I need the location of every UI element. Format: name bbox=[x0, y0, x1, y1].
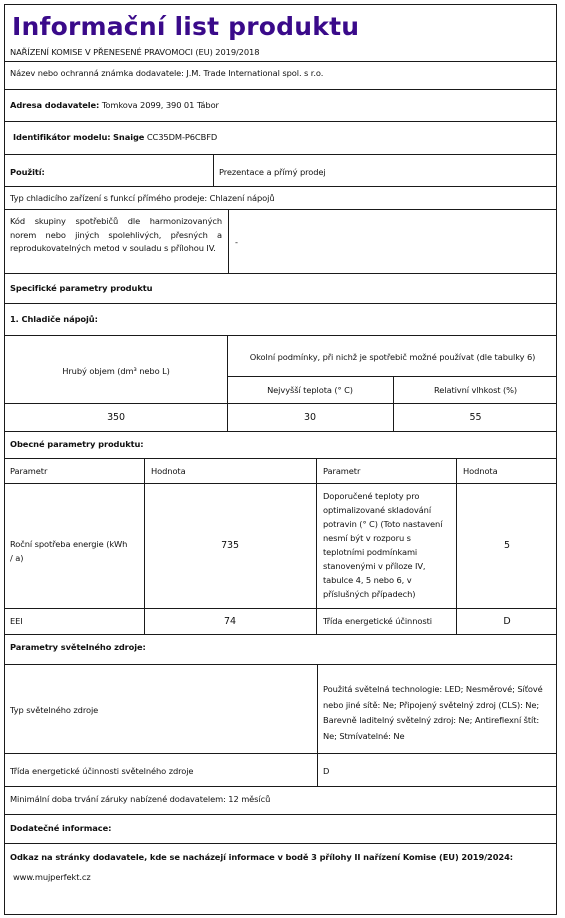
supplier-name: Název nebo ochranná známka dodavatele: J… bbox=[10, 68, 323, 79]
humidity-value: 55 bbox=[393, 412, 558, 423]
max-temperature-value: 30 bbox=[227, 412, 393, 423]
page-title: Informační list produktu bbox=[12, 12, 359, 42]
regulation-subtitle: NAŘÍZENÍ KOMISE V PŘENESENÉ PRAVOMOCI (E… bbox=[10, 47, 259, 58]
supplier-website-link[interactable]: www.mujperfekt.cz bbox=[13, 872, 91, 883]
divider bbox=[5, 209, 556, 210]
light-source-heading: Parametry světelného zdroje: bbox=[10, 642, 146, 653]
supplier-address-label: Adresa dodavatele: bbox=[10, 100, 99, 110]
divider bbox=[228, 209, 229, 273]
product-information-sheet: Informační list produktu NAŘÍZENÍ KOMISE… bbox=[4, 4, 557, 915]
divider bbox=[213, 154, 214, 186]
divider bbox=[5, 121, 556, 122]
table-header: Parametr bbox=[323, 466, 360, 477]
divider bbox=[5, 186, 556, 187]
model-id-label: Identifikátor modelu: bbox=[13, 132, 110, 142]
divider bbox=[5, 89, 556, 90]
gross-volume-value: 350 bbox=[5, 412, 227, 423]
divider bbox=[5, 664, 556, 665]
group-code-value: - bbox=[235, 237, 238, 248]
appliance-type: Typ chladicího zařízení s funkcí přímého… bbox=[10, 193, 275, 204]
divider bbox=[316, 458, 317, 634]
supplier-link-heading: Odkaz na stránky dodavatele, kde se nach… bbox=[10, 852, 513, 863]
additional-info-heading: Dodatečné informace: bbox=[10, 823, 111, 834]
divider bbox=[5, 403, 556, 404]
divider bbox=[5, 814, 556, 815]
divider bbox=[5, 154, 556, 155]
divider bbox=[5, 608, 556, 609]
ambient-conditions-header: Okolní podmínky, při nichž je spotřebič … bbox=[227, 352, 558, 363]
table-header: Parametr bbox=[10, 466, 47, 477]
divider bbox=[5, 458, 556, 459]
divider bbox=[5, 303, 556, 304]
max-temperature-header: Nejvyšší teplota (° C) bbox=[227, 385, 393, 396]
divider bbox=[5, 273, 556, 274]
divider bbox=[227, 376, 556, 377]
light-source-type-label: Typ světelného zdroje bbox=[10, 705, 98, 716]
recommended-temperature-value: 5 bbox=[456, 540, 558, 551]
divider bbox=[5, 843, 556, 844]
supplier-address: Adresa dodavatele: Tomkova 2099, 390 01 … bbox=[10, 100, 219, 111]
divider bbox=[5, 634, 556, 635]
general-params-heading: Obecné parametry produktu: bbox=[10, 439, 144, 450]
divider bbox=[317, 664, 318, 786]
table-header: Hodnota bbox=[463, 466, 498, 477]
warranty-info: Minimální doba trvání záruky nabízené do… bbox=[10, 794, 270, 805]
humidity-header: Relativní vlhkost (%) bbox=[393, 385, 558, 396]
model-id-value: CC35DM-P6CBFD bbox=[147, 132, 217, 142]
light-source-class-value: D bbox=[323, 766, 329, 777]
group-code-label: Kód skupiny spotřebičů dle harmonizovaný… bbox=[10, 215, 222, 256]
usage-value: Prezentace a přímý prodej bbox=[219, 167, 326, 178]
divider bbox=[5, 335, 556, 336]
eei-label: EEI bbox=[10, 616, 23, 627]
specific-params-heading: Specifické parametry produktu bbox=[10, 283, 152, 294]
divider bbox=[5, 61, 556, 62]
beverage-coolers-heading: 1. Chladiče nápojů: bbox=[10, 314, 98, 325]
eei-value: 74 bbox=[144, 616, 316, 627]
divider bbox=[5, 753, 556, 754]
annual-consumption-value: 735 bbox=[144, 540, 316, 551]
divider bbox=[5, 786, 556, 787]
model-identifier: Identifikátor modelu: Snaige CC35DM-P6CB… bbox=[13, 132, 217, 143]
divider bbox=[5, 431, 556, 432]
light-source-class-label: Třída energetické účinnosti světelného z… bbox=[10, 766, 193, 777]
energy-class-label: Třída energetické účinnosti bbox=[323, 616, 432, 627]
recommended-temperature-label: Doporučené teploty pro optimalizované sk… bbox=[323, 489, 453, 601]
table-header: Hodnota bbox=[151, 466, 186, 477]
light-source-type-value: Použitá světelná technologie: LED; Nesmě… bbox=[323, 682, 555, 744]
gross-volume-header: Hrubý objem (dm³ nebo L) bbox=[5, 366, 227, 377]
annual-consumption-label: Roční spotřeba energie (kWh / a) bbox=[10, 537, 130, 565]
energy-class-value: D bbox=[456, 616, 558, 627]
usage-label: Použití: bbox=[10, 167, 45, 178]
model-id-brand: Snaige bbox=[113, 132, 144, 142]
supplier-address-value: Tomkova 2099, 390 01 Tábor bbox=[102, 100, 219, 110]
divider bbox=[5, 483, 556, 484]
